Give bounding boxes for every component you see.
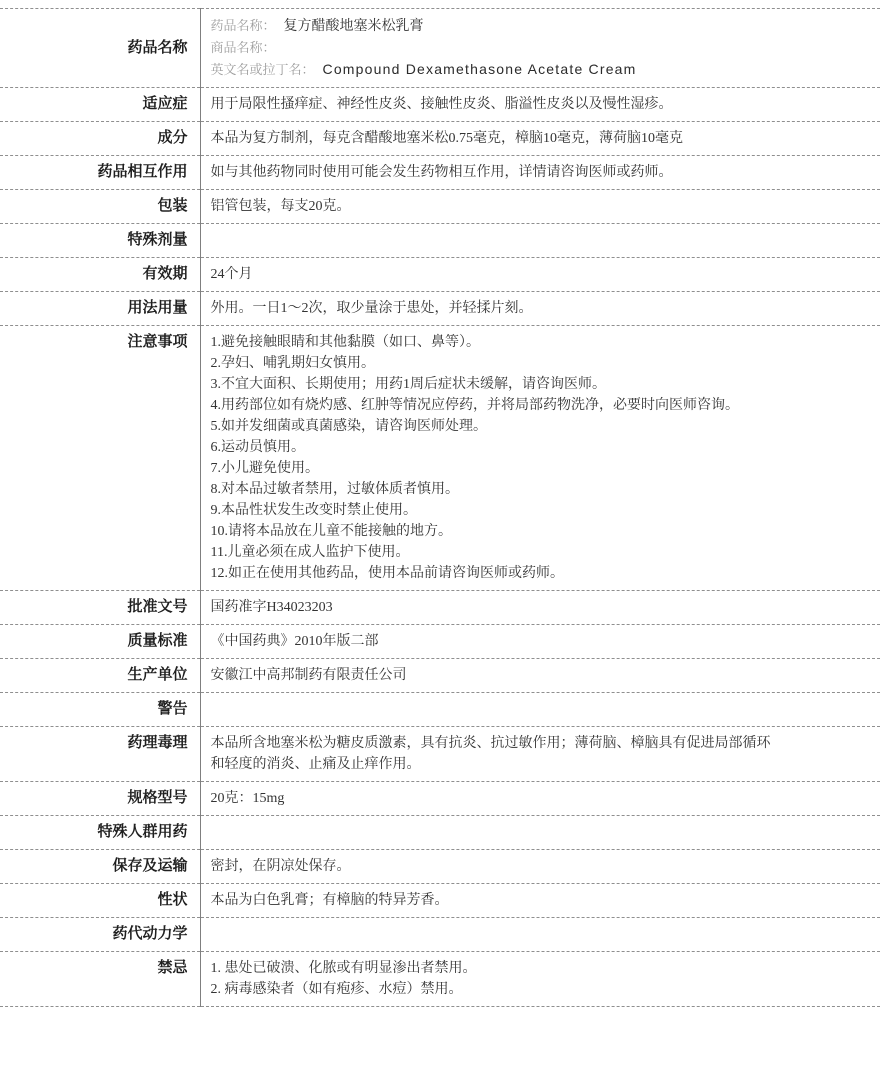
name-field-line: 英文名或拉丁名：Compound Dexamethasone Acetate C… [211,59,871,81]
row-content: 20克：15mg [200,782,880,816]
row-label: 特殊人群用药 [0,816,200,850]
table-row: 保存及运输密封，在阴凉处保存。 [0,850,880,884]
row-label: 规格型号 [0,782,200,816]
table-row: 注意事项1.避免接触眼睛和其他黏膜（如口、鼻等）。2.孕妇、哺乳期妇女慎用。3.… [0,326,880,591]
table-row: 有效期24个月 [0,258,880,292]
row-label: 药代动力学 [0,918,200,952]
content-line: 4.用药部位如有烧灼感、红肿等情况应停药，并将局部药物洗净，必要时向医师咨询。 [211,395,871,416]
table-row: 批准文号国药准字H34023203 [0,591,880,625]
content-line: 11.儿童必须在成人监护下使用。 [211,542,871,563]
content-line: 10.请将本品放在儿童不能接触的地方。 [211,521,871,542]
name-field-line: 商品名称： [211,37,871,59]
row-content: 铝管包装，每支20克。 [200,190,880,224]
content-line: 20克：15mg [211,788,871,809]
table-row: 规格型号20克：15mg [0,782,880,816]
row-content: 本品为复方制剂，每克含醋酸地塞米松0.75毫克，樟脑10毫克，薄荷脑10毫克 [200,122,880,156]
table-row: 用法用量外用。一日1～2次，取少量涂于患处，并轻揉片刻。 [0,292,880,326]
content-line: 本品为白色乳膏；有樟脑的特异芳香。 [211,890,871,911]
row-content: 24个月 [200,258,880,292]
row-content: 本品为白色乳膏；有樟脑的特异芳香。 [200,884,880,918]
content-line: 国药准字H34023203 [211,597,871,618]
table-row: 性状本品为白色乳膏；有樟脑的特异芳香。 [0,884,880,918]
row-content: 本品所含地塞米松为糖皮质激素，具有抗炎、抗过敏作用；薄荷脑、樟脑具有促进局部循环… [200,727,880,782]
row-content: 外用。一日1～2次，取少量涂于患处，并轻揉片刻。 [200,292,880,326]
content-line: 本品所含地塞米松为糖皮质激素，具有抗炎、抗过敏作用；薄荷脑、樟脑具有促进局部循环 [211,733,871,754]
row-content: 用于局限性搔痒症、神经性皮炎、接触性皮炎、脂溢性皮炎以及慢性湿疹。 [200,88,880,122]
content-line: 1.避免接触眼睛和其他黏膜（如口、鼻等）。 [211,332,871,353]
content-line: 铝管包装，每支20克。 [211,196,871,217]
row-content: 安徽江中高邦制药有限责任公司 [200,659,880,693]
row-label: 用法用量 [0,292,200,326]
drug-info-table: 药品名称药品名称：复方醋酸地塞米松乳膏商品名称：英文名或拉丁名：Compound… [0,8,880,1007]
name-field-line: 药品名称：复方醋酸地塞米松乳膏 [211,15,871,37]
field-key: 英文名或拉丁名： [211,62,315,77]
table-row: 包装铝管包装，每支20克。 [0,190,880,224]
content-line: 6.运动员慎用。 [211,437,871,458]
content-line: 7.小儿避免使用。 [211,458,871,479]
row-label: 禁忌 [0,952,200,1007]
content-line: 1. 患处已破溃、化脓或有明显渗出者禁用。 [211,958,871,979]
table-row: 药品名称药品名称：复方醋酸地塞米松乳膏商品名称：英文名或拉丁名：Compound… [0,9,880,88]
row-label: 保存及运输 [0,850,200,884]
table-row: 质量标准《中国药典》2010年版二部 [0,625,880,659]
row-label: 警告 [0,693,200,727]
table-row: 药品相互作用如与其他药物同时使用可能会发生药物相互作用，详情请咨询医师或药师。 [0,156,880,190]
table-row: 特殊剂量 [0,224,880,258]
row-label: 包装 [0,190,200,224]
table-row: 药代动力学 [0,918,880,952]
content-line: 本品为复方制剂，每克含醋酸地塞米松0.75毫克，樟脑10毫克，薄荷脑10毫克 [211,128,871,149]
content-line: 《中国药典》2010年版二部 [211,631,871,652]
row-content: 1. 患处已破溃、化脓或有明显渗出者禁用。2. 病毒感染者（如有疱疹、水痘）禁用… [200,952,880,1007]
row-label: 药品相互作用 [0,156,200,190]
drug-info-page: 药品名称药品名称：复方醋酸地塞米松乳膏商品名称：英文名或拉丁名：Compound… [0,0,880,1007]
row-content [200,816,880,850]
row-label: 适应症 [0,88,200,122]
field-value: Compound Dexamethasone Acetate Cream [323,61,637,77]
content-line: 用于局限性搔痒症、神经性皮炎、接触性皮炎、脂溢性皮炎以及慢性湿疹。 [211,94,871,115]
content-line: 如与其他药物同时使用可能会发生药物相互作用，详情请咨询医师或药师。 [211,162,871,183]
row-content: 如与其他药物同时使用可能会发生药物相互作用，详情请咨询医师或药师。 [200,156,880,190]
row-label: 性状 [0,884,200,918]
content-line: 密封，在阴凉处保存。 [211,856,871,877]
row-label: 注意事项 [0,326,200,591]
content-line: 8.对本品过敏者禁用，过敏体质者慎用。 [211,479,871,500]
content-line: 安徽江中高邦制药有限责任公司 [211,665,871,686]
row-content: 1.避免接触眼睛和其他黏膜（如口、鼻等）。2.孕妇、哺乳期妇女慎用。3.不宜大面… [200,326,880,591]
content-line: 3.不宜大面积、长期使用；用药1周后症状未缓解，请咨询医师。 [211,374,871,395]
row-content: 药品名称：复方醋酸地塞米松乳膏商品名称：英文名或拉丁名：Compound Dex… [200,9,880,88]
field-key: 商品名称： [211,40,276,55]
row-label: 特殊剂量 [0,224,200,258]
table-row: 成分本品为复方制剂，每克含醋酸地塞米松0.75毫克，樟脑10毫克，薄荷脑10毫克 [0,122,880,156]
row-content: 国药准字H34023203 [200,591,880,625]
row-label: 成分 [0,122,200,156]
table-row: 药理毒理本品所含地塞米松为糖皮质激素，具有抗炎、抗过敏作用；薄荷脑、樟脑具有促进… [0,727,880,782]
row-content [200,918,880,952]
content-line: 5.如并发细菌或真菌感染，请咨询医师处理。 [211,416,871,437]
field-value: 复方醋酸地塞米松乳膏 [284,19,424,34]
row-content [200,693,880,727]
table-row: 禁忌1. 患处已破溃、化脓或有明显渗出者禁用。2. 病毒感染者（如有疱疹、水痘）… [0,952,880,1007]
row-label: 药理毒理 [0,727,200,782]
field-key: 药品名称： [211,18,276,33]
content-line: 外用。一日1～2次，取少量涂于患处，并轻揉片刻。 [211,298,871,319]
content-line: 24个月 [211,264,871,285]
row-label: 质量标准 [0,625,200,659]
content-line: 12.如正在使用其他药品，使用本品前请咨询医师或药师。 [211,563,871,584]
content-line: 9.本品性状发生改变时禁止使用。 [211,500,871,521]
content-line: 和轻度的消炎、止痛及止痒作用。 [211,754,871,775]
row-label: 批准文号 [0,591,200,625]
row-content [200,224,880,258]
table-row: 生产单位安徽江中高邦制药有限责任公司 [0,659,880,693]
row-content: 密封，在阴凉处保存。 [200,850,880,884]
row-label: 生产单位 [0,659,200,693]
table-row: 特殊人群用药 [0,816,880,850]
row-content: 《中国药典》2010年版二部 [200,625,880,659]
row-label: 有效期 [0,258,200,292]
row-label: 药品名称 [0,9,200,88]
content-line: 2. 病毒感染者（如有疱疹、水痘）禁用。 [211,979,871,1000]
table-row: 适应症用于局限性搔痒症、神经性皮炎、接触性皮炎、脂溢性皮炎以及慢性湿疹。 [0,88,880,122]
content-line: 2.孕妇、哺乳期妇女慎用。 [211,353,871,374]
table-row: 警告 [0,693,880,727]
